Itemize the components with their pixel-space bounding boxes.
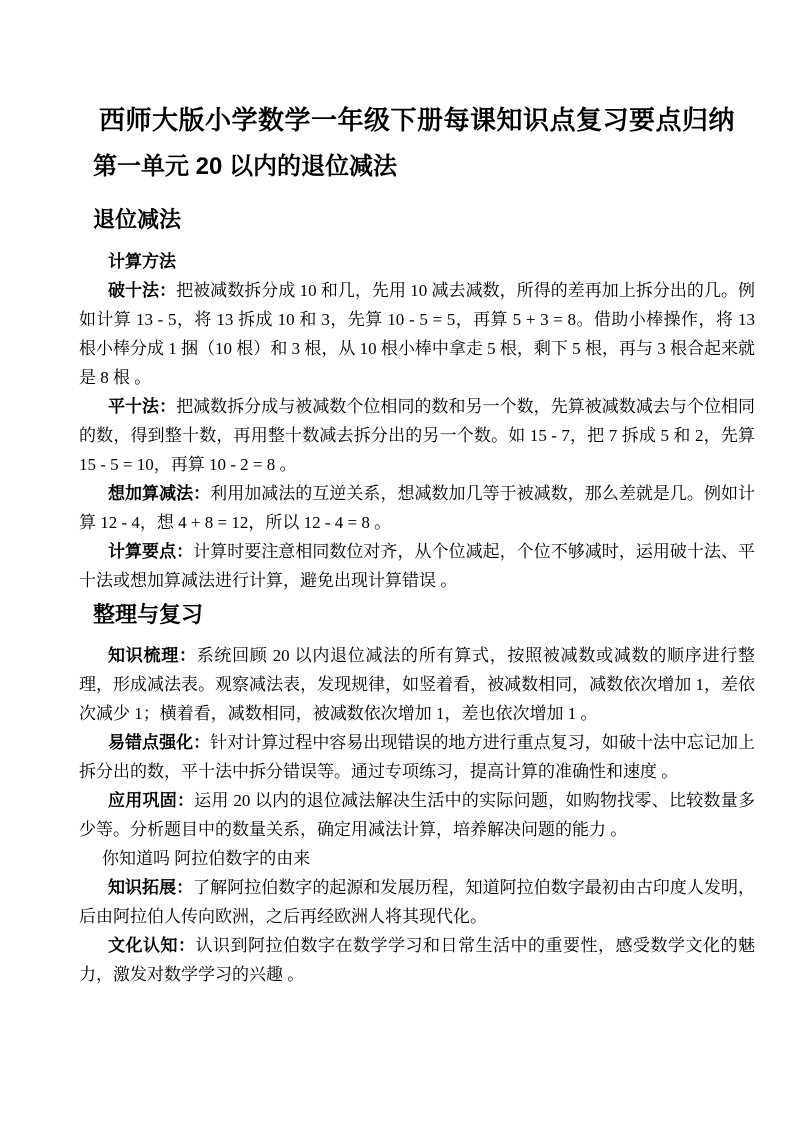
paragraph-lead: 想加算减法：: [108, 484, 210, 503]
paragraph-think-addition-method: 想加算减法：利用加减法的互逆关系，想减数加几等于被减数，那么差就是几。例如计算 …: [79, 479, 755, 537]
document-title: 西师大版小学数学一年级下册每课知识点复习要点归纳: [79, 103, 755, 137]
document-page: 西师大版小学数学一年级下册每课知识点复习要点归纳 第一单元 20 以内的退位减法…: [0, 0, 793, 1122]
paragraph-lead: 文化认知：: [108, 936, 196, 955]
paragraph-lead: 知识拓展：: [108, 878, 193, 897]
paragraph-lead: 知识梳理：: [108, 646, 197, 665]
paragraph-error-prone-points: 易错点强化：针对计算过程中容易出现错误的地方进行重点复习，如破十法中忘记加上拆分…: [79, 728, 755, 786]
paragraph-calculation-key-points: 计算要点：计算时要注意相同数位对齐，从个位减起，个位不够减时，运用破十法、平十法…: [79, 537, 755, 595]
paragraph-knowledge-extension: 知识拓展：了解阿拉伯数字的起源和发展历程，知道阿拉伯数字最初由古印度人发明，后由…: [79, 873, 755, 931]
unit-heading: 第一单元 20 以内的退位减法: [93, 152, 755, 182]
paragraph-lead: 平十法：: [108, 397, 176, 416]
paragraph-break-ten-method: 破十法：把被减数拆分成 10 和几，先用 10 减去减数，所得的差再加上拆分出的…: [79, 276, 755, 392]
section-heading-review: 整理与复习: [93, 601, 755, 629]
paragraph-lead: 应用巩固：: [108, 791, 194, 810]
paragraph-level-ten-method: 平十法：把减数拆分成与被减数个位相同的数和另一个数，先算被减数减去与个位相同的数…: [79, 392, 755, 479]
paragraph-lead: 易错点强化：: [108, 733, 210, 752]
paragraph-text: 把减数拆分成与被减数个位相同的数和另一个数，先算被减数减去与个位相同的数，得到整…: [79, 397, 755, 474]
section-heading-borrow-subtraction: 退位减法: [93, 206, 755, 234]
paragraph-application-consolidation: 应用巩固：运用 20 以内的退位减法解决生活中的实际问题，如购物找零、比较数量多…: [79, 786, 755, 844]
paragraph-knowledge-organizing: 知识梳理：系统回顾 20 以内退位减法的所有算式，按照被减数或减数的顺序进行整理…: [79, 641, 755, 728]
paragraph-cultural-awareness: 文化认知：认识到阿拉伯数字在数学学习和日常生活中的重要性，感受数学文化的魅力，激…: [79, 931, 755, 989]
paragraph-text: 把被减数拆分成 10 和几，先用 10 减去减数，所得的差再加上拆分出的几。例如…: [79, 281, 755, 387]
paragraph-lead: 破十法：: [108, 281, 176, 300]
subsection-heading-calculation-methods: 计算方法: [79, 247, 755, 276]
note-line-arabic-numerals: 你知道吗 阿拉伯数字的由来: [79, 844, 755, 873]
paragraph-lead: 计算要点：: [108, 542, 193, 561]
